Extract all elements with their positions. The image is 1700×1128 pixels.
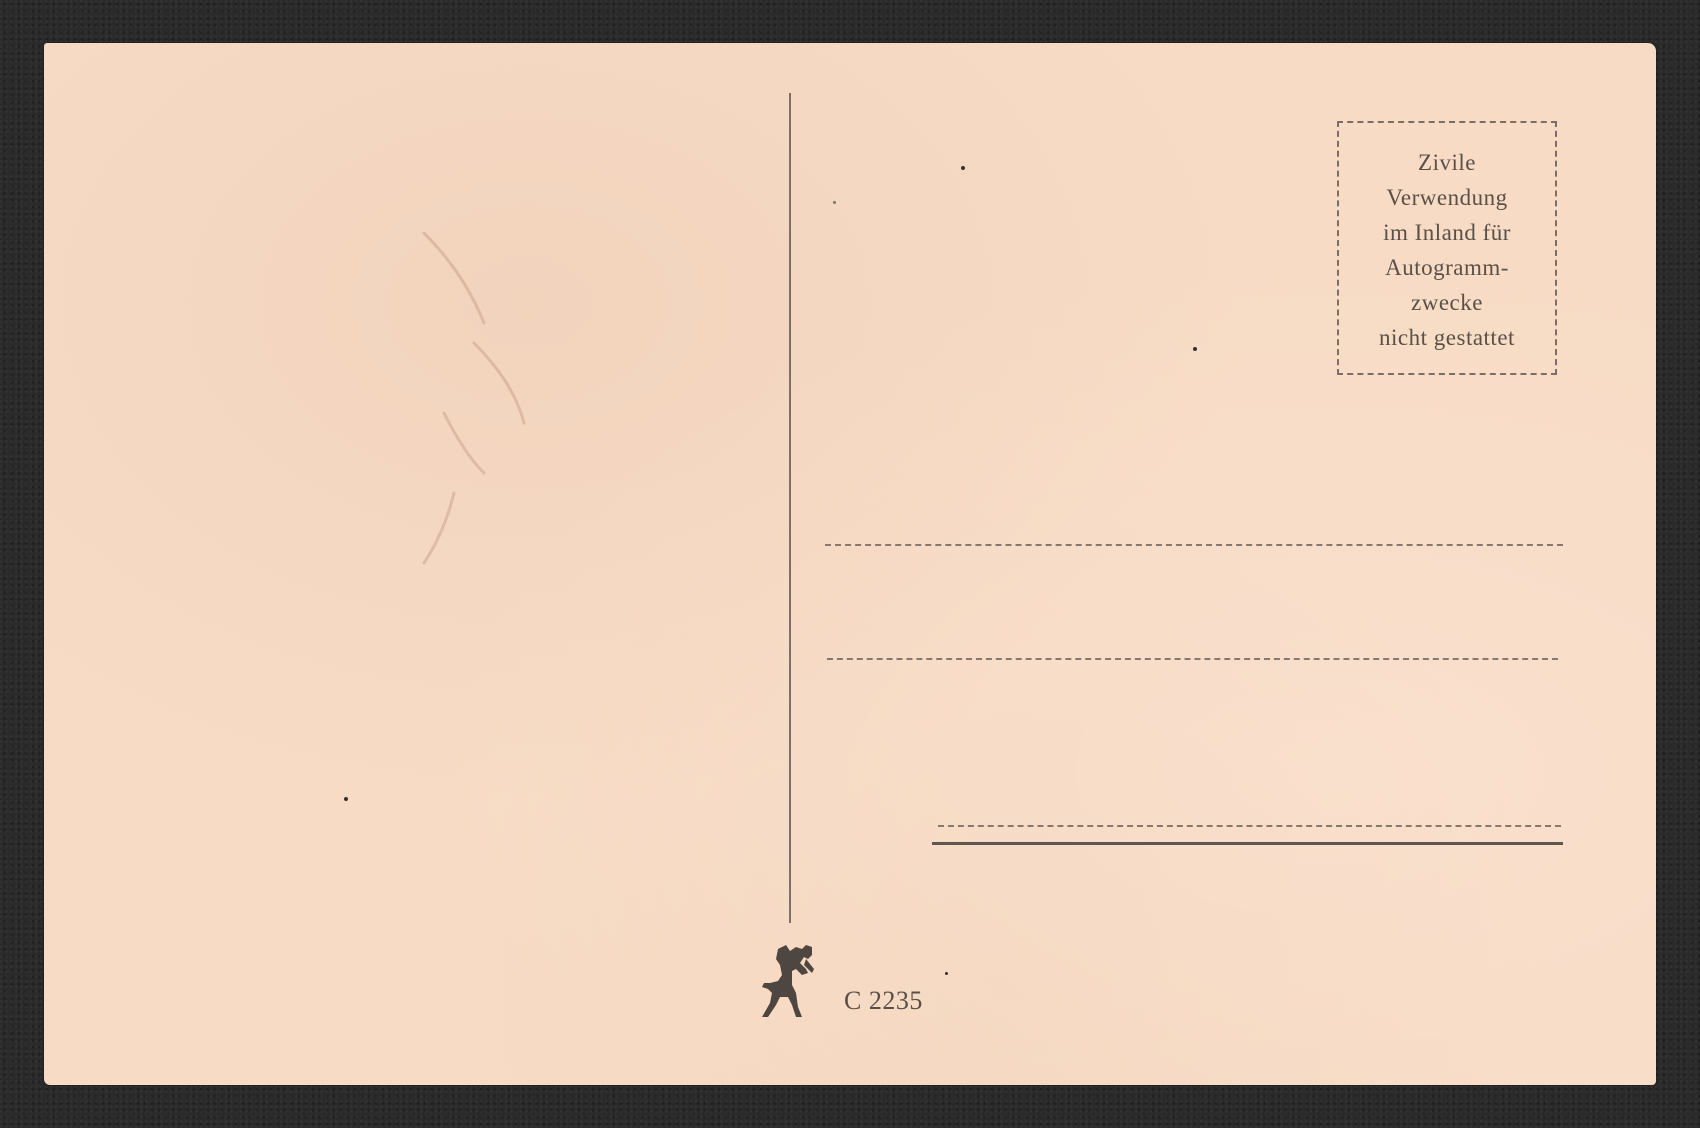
paper-speck <box>344 797 348 801</box>
address-line-2 <box>827 658 1558 660</box>
stamp-text-line-5: zwecke <box>1411 285 1483 320</box>
stamp-text-line-1: Zivile <box>1418 145 1476 180</box>
deer-with-horn-icon <box>756 941 818 1019</box>
paper-speck <box>1193 347 1197 351</box>
postcard-back: Zivile Verwendung im Inland für Autogram… <box>44 43 1656 1085</box>
address-line-3 <box>938 825 1561 827</box>
paper-speck <box>833 201 836 204</box>
vertical-divider <box>789 93 791 923</box>
faint-handwriting-show-through <box>404 193 584 573</box>
address-line-1 <box>825 544 1563 546</box>
stamp-text-line-4: Autogramm- <box>1385 250 1509 285</box>
address-line-4-solid <box>932 842 1563 845</box>
stamp-text-line-6: nicht gestattet <box>1379 320 1515 355</box>
paper-speck <box>961 166 965 170</box>
stamp-text-line-2: Verwendung <box>1386 180 1507 215</box>
stamp-text-line-3: im Inland für <box>1383 215 1511 250</box>
paper-speck <box>945 972 948 975</box>
catalog-code: C 2235 <box>844 986 923 1016</box>
stamp-box: Zivile Verwendung im Inland für Autogram… <box>1337 121 1557 375</box>
